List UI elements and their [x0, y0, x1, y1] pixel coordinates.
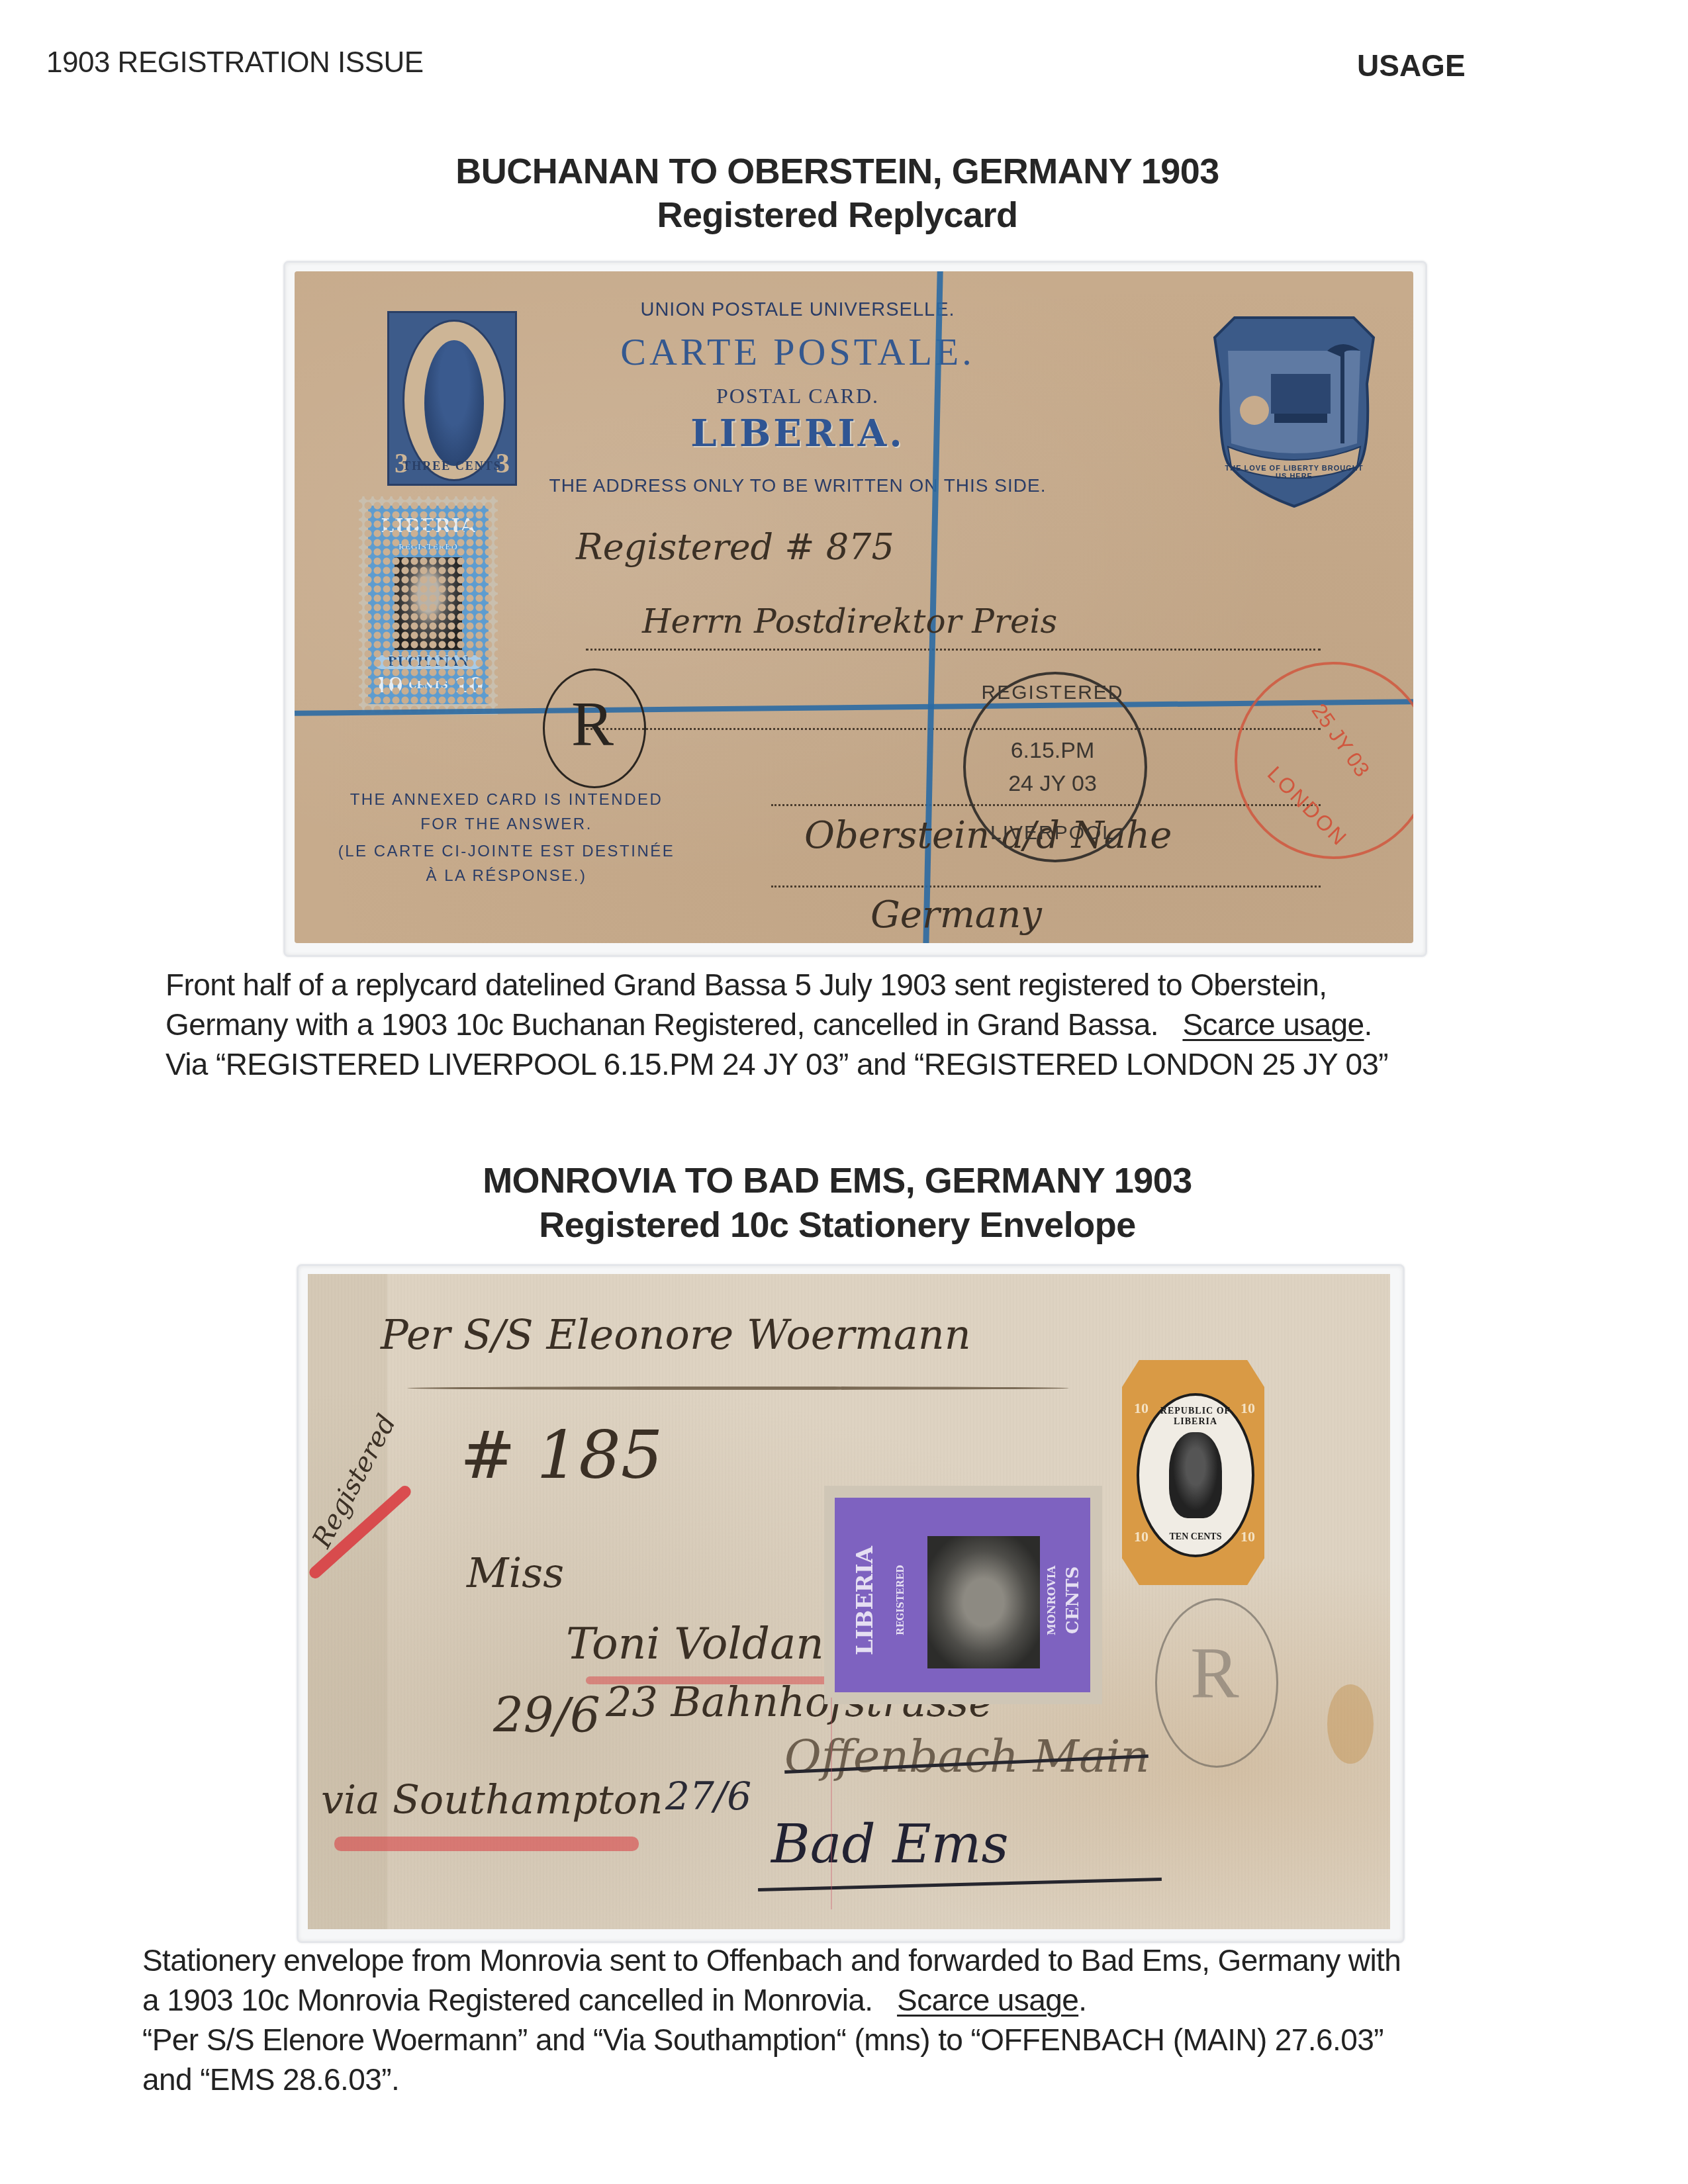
card-perforation	[295, 271, 1413, 277]
carte-postale-heading: CARTE POSTALE.	[546, 330, 1049, 374]
postcard-item: 3 3 THREE CENTS UNION POSTALE UNIVERSELL…	[295, 271, 1413, 943]
registration-r-letter: R	[1155, 1631, 1274, 1715]
scarce-usage-note: Scarce usage	[897, 1983, 1078, 2017]
portrait-icon	[1169, 1432, 1222, 1518]
indicium-10c-stamp: REPUBLIC OF LIBERIA TEN CENTS 10 10 10 1…	[1122, 1360, 1264, 1585]
address-line	[771, 886, 1321, 887]
wavy-underline	[407, 1387, 1069, 1390]
section2-title: MONROVIA TO BAD EMS, GERMANY 1903	[0, 1159, 1675, 1203]
manuscript-addressee-title: Miss	[467, 1549, 564, 1597]
manuscript-country: Germany	[870, 893, 1042, 936]
section1-description: Front half of a replycard datelined Gran…	[165, 965, 1556, 1084]
manuscript-new-city: Bad Ems	[771, 1813, 1008, 1875]
country-heading: LIBERIA.	[546, 412, 1049, 455]
annexed-note-en: THE ANNEXED CARD IS INTENDED FOR THE ANS…	[321, 788, 692, 837]
manuscript-date-2: 27/6	[665, 1774, 751, 1819]
red-crayon-underline	[334, 1837, 639, 1851]
address-line	[586, 649, 1321, 651]
manuscript-addressee-name: Toni Voldan	[566, 1618, 824, 1669]
address-instruction: THE ADDRESS ONLY TO BE WRITTEN ON THIS S…	[513, 475, 1082, 496]
underline	[758, 1878, 1162, 1891]
portrait-icon	[927, 1536, 1040, 1668]
manuscript-reg-number: # 185	[460, 1416, 663, 1494]
registration-r-letter: R	[543, 687, 642, 760]
postal-card-heading: POSTAL CARD.	[546, 384, 1049, 408]
portrait-icon	[424, 340, 484, 466]
manuscript-registration-number: Registered # 875	[576, 526, 894, 568]
stamp-10c-buchanan: LIBERIA REGISTERED BUCHANAN 10 CENTS 10	[359, 496, 498, 715]
manuscript-ship: Per S/S Eleonore Woermann	[381, 1310, 971, 1359]
stamp-10c-monrovia: LIBERIA REGISTERED MONROVIA CENTS	[824, 1486, 1102, 1704]
envelope-item: Per S/S Eleonore Woermann Registered # 1…	[308, 1274, 1390, 1929]
address-line	[586, 728, 1321, 730]
annexed-note-fr: (LE CARTE CI-JOINTE EST DESTINÉE À LA RÉ…	[321, 839, 692, 888]
manuscript-addressee: Herrn Postdirektor Preis	[642, 602, 1057, 641]
stain	[1327, 1684, 1374, 1764]
section2-description: Stationery envelope from Monrovia sent t…	[142, 1940, 1632, 2099]
section2-subtitle: Registered 10c Stationery Envelope	[0, 1203, 1675, 1247]
arms-motto: THE LOVE OF LIBERTY BROUGHT US HERE	[1218, 465, 1370, 480]
upu-heading: UNION POSTALE UNIVERSELLE.	[546, 299, 1049, 321]
portrait-icon	[395, 557, 462, 650]
indicium-3c-stamp: 3 3 THREE CENTS	[387, 311, 517, 486]
manuscript-date-1: 29/6	[493, 1688, 600, 1743]
page-header-collection: 1903 REGISTRATION ISSUE	[46, 46, 424, 79]
section1-subtitle: Registered Replycard	[0, 193, 1675, 237]
section1-title: BUCHANAN TO OBERSTEIN, GERMANY 1903	[0, 150, 1675, 193]
page-header-category: USAGE	[1357, 48, 1466, 83]
manuscript-route: via Southampton	[321, 1777, 663, 1823]
scarce-usage-note: Scarce usage	[1182, 1007, 1364, 1042]
